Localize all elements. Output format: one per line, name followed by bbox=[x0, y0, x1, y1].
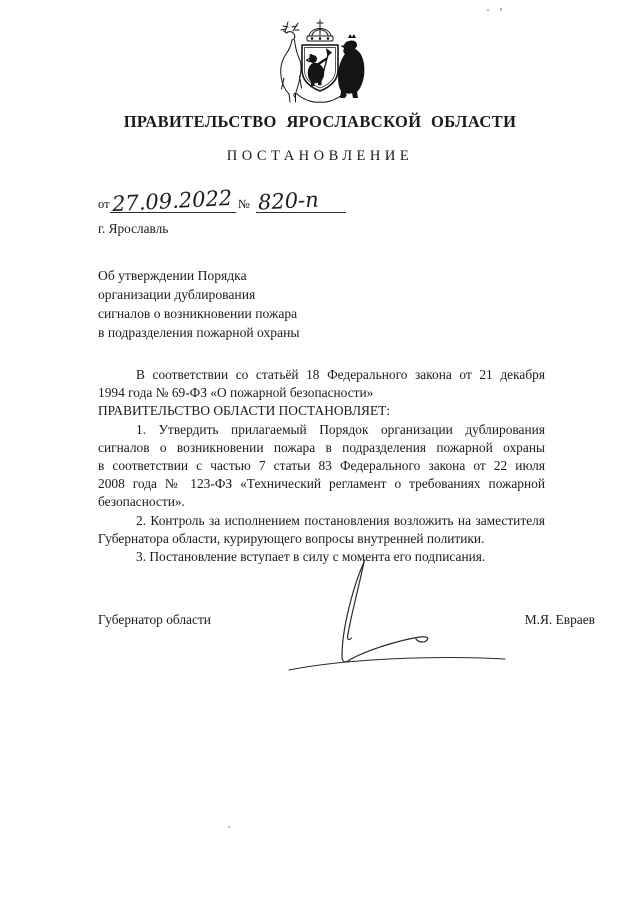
body-line: 2. Контроль за исполнением постановления… bbox=[98, 512, 545, 530]
body-line: безопасности». bbox=[98, 493, 545, 511]
body-text: В соответствии со статьёй 18 Федеральног… bbox=[98, 366, 545, 566]
date-field: 27.09.2022 bbox=[110, 190, 236, 213]
body-line: В соответствии со статьёй 18 Федеральног… bbox=[98, 366, 545, 384]
signer-name: М.Я. Евраев bbox=[525, 612, 595, 628]
org-name: ПРАВИТЕЛЬСТВО ЯРОСЛАВСКОЙ ОБЛАСТИ bbox=[0, 112, 640, 132]
date-number-row: от27.09.2022№820-п bbox=[98, 190, 346, 222]
body-line: 3. Постановление вступает в силу с момен… bbox=[98, 548, 545, 566]
body-line: 1. Утвердить прилагаемый Порядок организ… bbox=[98, 421, 545, 439]
scan-artifact-dot bbox=[487, 9, 489, 11]
body-line: в соответствии с частью 7 статьи 83 Феде… bbox=[98, 457, 545, 475]
document-page: ПРАВИТЕЛЬСТВО ЯРОСЛАВСКОЙ ОБЛАСТИ ПОСТАН… bbox=[0, 0, 640, 905]
scan-artifact-dot bbox=[228, 826, 230, 828]
coat-of-arms-icon bbox=[271, 18, 369, 108]
number-field: 820-п bbox=[256, 190, 346, 213]
number-label: № bbox=[238, 197, 250, 212]
body-line: сигналов о возникновении пожара в подраз… bbox=[98, 439, 545, 457]
city-label: г. Ярославль bbox=[98, 221, 168, 237]
doc-title-line: организации дублирования bbox=[98, 285, 300, 304]
body-line: ПРАВИТЕЛЬСТВО ОБЛАСТИ ПОСТАНОВЛЯЕТ: bbox=[98, 402, 545, 420]
date-handwritten: 27.09.2022 bbox=[111, 187, 232, 215]
signature-row: Губернатор области М.Я. Евраев bbox=[98, 612, 595, 628]
body-line: 1994 года № 69-ФЗ «О пожарной безопаснос… bbox=[98, 384, 545, 402]
body-line: Губернатора области, курирующего вопросы… bbox=[98, 530, 545, 548]
scan-artifact-dot bbox=[500, 8, 502, 11]
date-label: от bbox=[98, 197, 110, 212]
doc-title-line: в подразделения пожарной охраны bbox=[98, 323, 300, 342]
doc-title-line: Об утверждении Порядка bbox=[98, 266, 300, 285]
doc-type-title: ПОСТАНОВЛЕНИЕ bbox=[0, 148, 640, 165]
body-line: 2008 года № 123-ФЗ «Технический регламен… bbox=[98, 475, 545, 493]
doc-title: Об утверждении Порядка организации дубли… bbox=[98, 266, 300, 342]
signer-position: Губернатор области bbox=[98, 612, 211, 628]
number-handwritten: 820-п bbox=[257, 188, 319, 213]
doc-title-line: сигналов о возникновении пожара bbox=[98, 304, 300, 323]
